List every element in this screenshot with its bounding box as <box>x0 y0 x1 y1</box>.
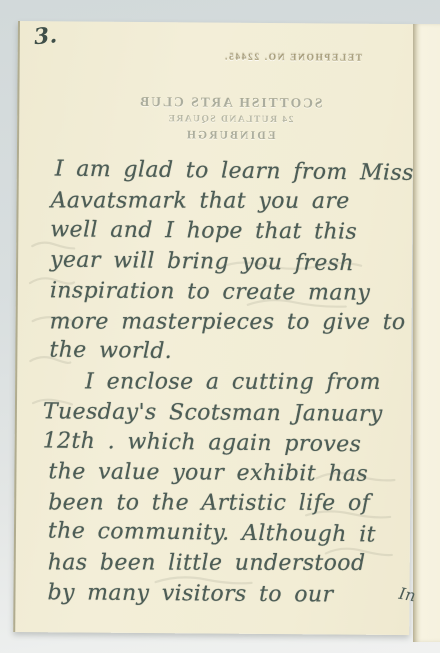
letter-line: Tuesday's Scotsman January <box>43 399 411 432</box>
letter-line: I enclose a cutting from <box>49 370 411 401</box>
letter-line: year will bring you fresh <box>50 247 412 282</box>
scan-background: { "page_number": "3.", "letterhead": { "… <box>0 0 440 653</box>
letter-page: 3. Telephone No. 22445. Scottish Arts Cl… <box>13 21 414 635</box>
letter-line: has been little understood <box>48 551 410 582</box>
letter-line: well and I hope that this <box>50 218 412 251</box>
letter-line: by many visitors to our <box>47 580 409 613</box>
letter-line: I am glad to learn from Miss <box>51 156 413 191</box>
letter-line: more masterpieces to give to <box>50 309 412 340</box>
letter-line: 12th . which again proves <box>43 428 411 463</box>
letter-body: I am glad to learn from Miss Aavatsmark … <box>47 157 413 613</box>
adjacent-page-flap <box>413 24 440 642</box>
flap-partial-writing: In <box>397 584 417 606</box>
letter-line: the community. Although it <box>48 519 410 554</box>
letter-line: Aavatsmark that you are <box>51 189 413 220</box>
letter-line: inspiration to create many <box>50 278 412 311</box>
letter-line: the value your exhibit has <box>48 459 410 492</box>
letter-line: been to the Artistic life of <box>48 490 410 521</box>
letter-line: the world. <box>49 338 411 373</box>
